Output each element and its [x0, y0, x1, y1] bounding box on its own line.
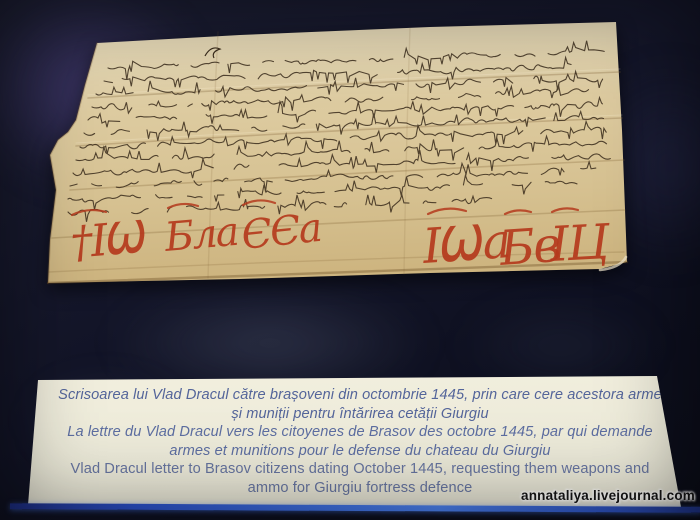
- red-monogram-3: ЄЄа: [239, 205, 323, 259]
- label-text-french: La lettre du Vlad Dracul vers les citoye…: [58, 423, 662, 460]
- watermark-text: annataliya.livejournal.com: [521, 488, 695, 503]
- label-text-block: Scrisoarea lui Vlad Dracul către brașove…: [20, 374, 692, 497]
- red-monogram-2: Бла: [162, 209, 240, 261]
- label-text-romanian: Scrisoarea lui Vlad Dracul către brașove…: [58, 386, 662, 423]
- museum-display-photo: †ІѠ Бла ЄЄа ІѠа Бв ІЦ Scrisoarea lui Vla…: [0, 0, 700, 520]
- red-monogram-6: ІЦ: [548, 214, 613, 273]
- red-monogram-1: †ІѠ: [69, 212, 148, 269]
